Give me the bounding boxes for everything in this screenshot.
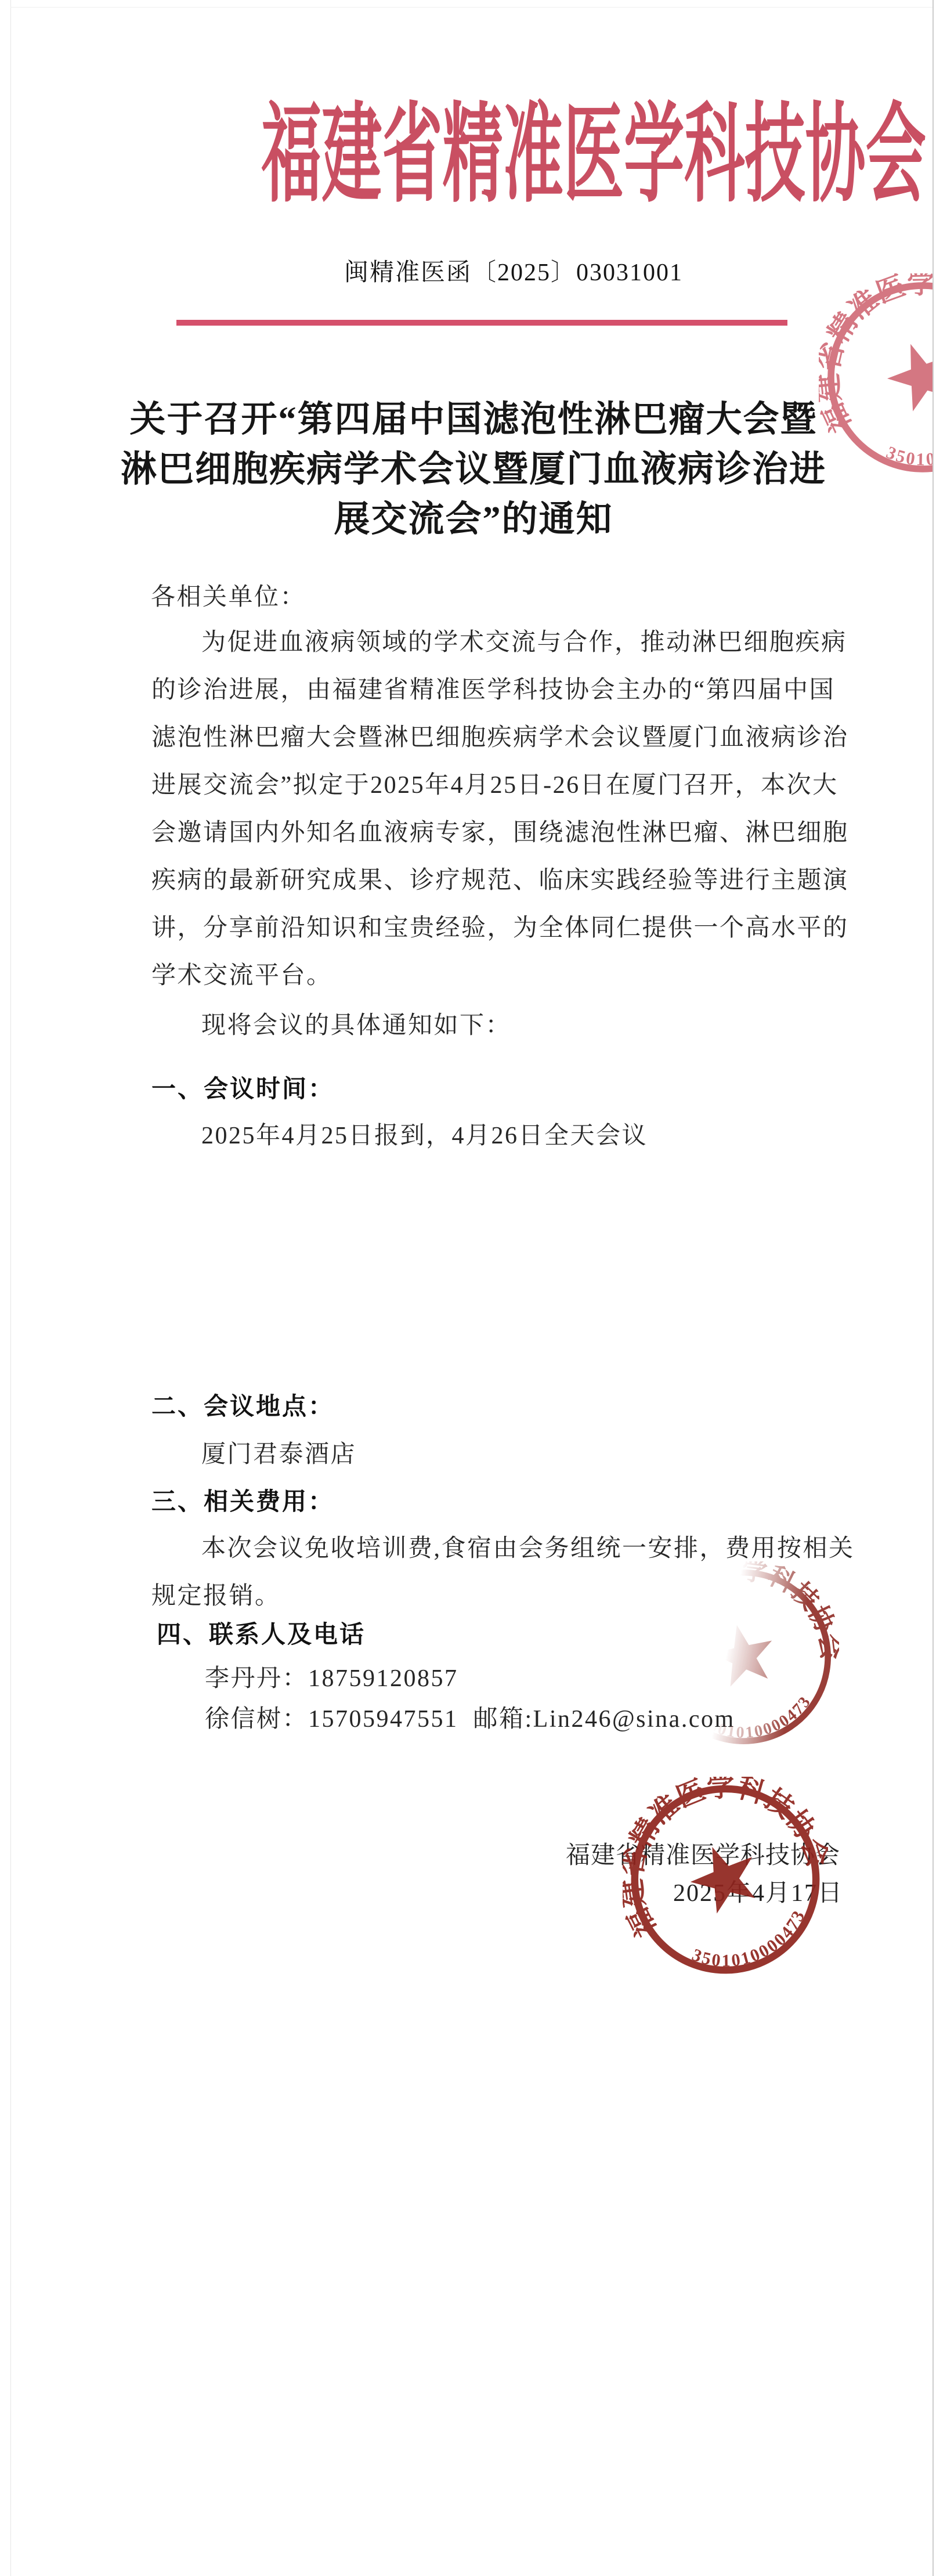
official-seal-top-clip: 福建省精准医学科技协会 3501010000473 [819, 273, 932, 481]
body-line: 四、联系人及电话 [157, 1621, 366, 1649]
body-line: 现将会议的具体通知如下： [201, 1012, 511, 1040]
document-number: 闽精准医函〔2025〕03031001 [344, 253, 683, 288]
body-line: 滤泡性淋巴瘤大会暨淋巴细胞疾病学术会议暨厦门血液病诊治 [151, 724, 849, 752]
page-left-edge [10, 0, 11, 2576]
body-line: 厦门君泰酒店 [201, 1441, 356, 1469]
letterhead-org-title: 福建省精准医学科技协会 [0, 92, 947, 219]
official-seal-middle-icon: 福建省精准医学科技协会 3501010000473 [648, 1561, 839, 1752]
body-line: 各相关单位： [151, 583, 306, 611]
body-line: 的诊治进展，由福建省精准医学科技协会主办的“第四届中国 [151, 676, 835, 704]
body-line: 本次会议免收培训费,食宿由会务组统一安排，费用按相关 [201, 1535, 855, 1563]
scanned-notice-page: 福建省精准医学科技协会 闽精准医函〔2025〕03031001 关于召开“第四届… [0, 0, 947, 2576]
body-line: 为促进血液病领域的学术交流与合作，推动淋巴细胞疾病 [201, 629, 847, 656]
red-divider-rule [176, 320, 787, 326]
body-line: 三、相关费用： [151, 1488, 334, 1516]
body-line: 李丹丹：18759120857 [205, 1665, 458, 1693]
official-seal-bottom-icon: 福建省精准医学科技协会 3501010000473 [623, 1777, 828, 1982]
letterhead-org-title-text: 福建省精准医学科技协会 [261, 92, 926, 219]
body-line: 学术交流平台。 [151, 962, 332, 990]
body-line: 二、会议地点： [151, 1393, 334, 1421]
body-line: 规定报销。 [151, 1582, 281, 1610]
body-line: 会邀请国内外知名血液病专家，围绕滤泡性淋巴瘤、淋巴细胞 [151, 819, 849, 847]
body-line: 讲，分享前沿知识和宝贵经验，为全体同仁提供一个高水平的 [151, 914, 849, 942]
notice-title-line3: 展交流会”的通知 [0, 495, 947, 544]
body-line: 进展交流会”拟定于2025年4月25日-26日在厦门召开，本次大 [151, 771, 838, 799]
body-line: 一、会议时间： [151, 1076, 334, 1103]
svg-text:福建省精准医学科技协会: 福建省精准医学科技协会 [648, 1561, 839, 1700]
page-top-edge [10, 7, 932, 8]
notice-title: 关于召开“第四届中国滤泡性淋巴瘤大会暨 淋巴细胞疾病学术会议暨厦门血液病诊治进 … [0, 395, 947, 544]
body-line: 疾病的最新研究成果、诊疗规范、临床实践经验等进行主题演 [151, 867, 849, 894]
notice-title-line2: 淋巴细胞疾病学术会议暨厦门血液病诊治进 [0, 445, 947, 495]
body-line: 2025年4月25日报到，4月26日全天会议 [201, 1122, 648, 1150]
official-seal-top-icon: 福建省精准医学科技协会 3501010000473 [819, 273, 932, 481]
notice-title-line1: 关于召开“第四届中国滤泡性淋巴瘤大会暨 [0, 395, 947, 445]
page-right-edge [932, 0, 934, 2576]
seal-ring-text: 福建省精准医学科技协会 [648, 1561, 839, 1700]
